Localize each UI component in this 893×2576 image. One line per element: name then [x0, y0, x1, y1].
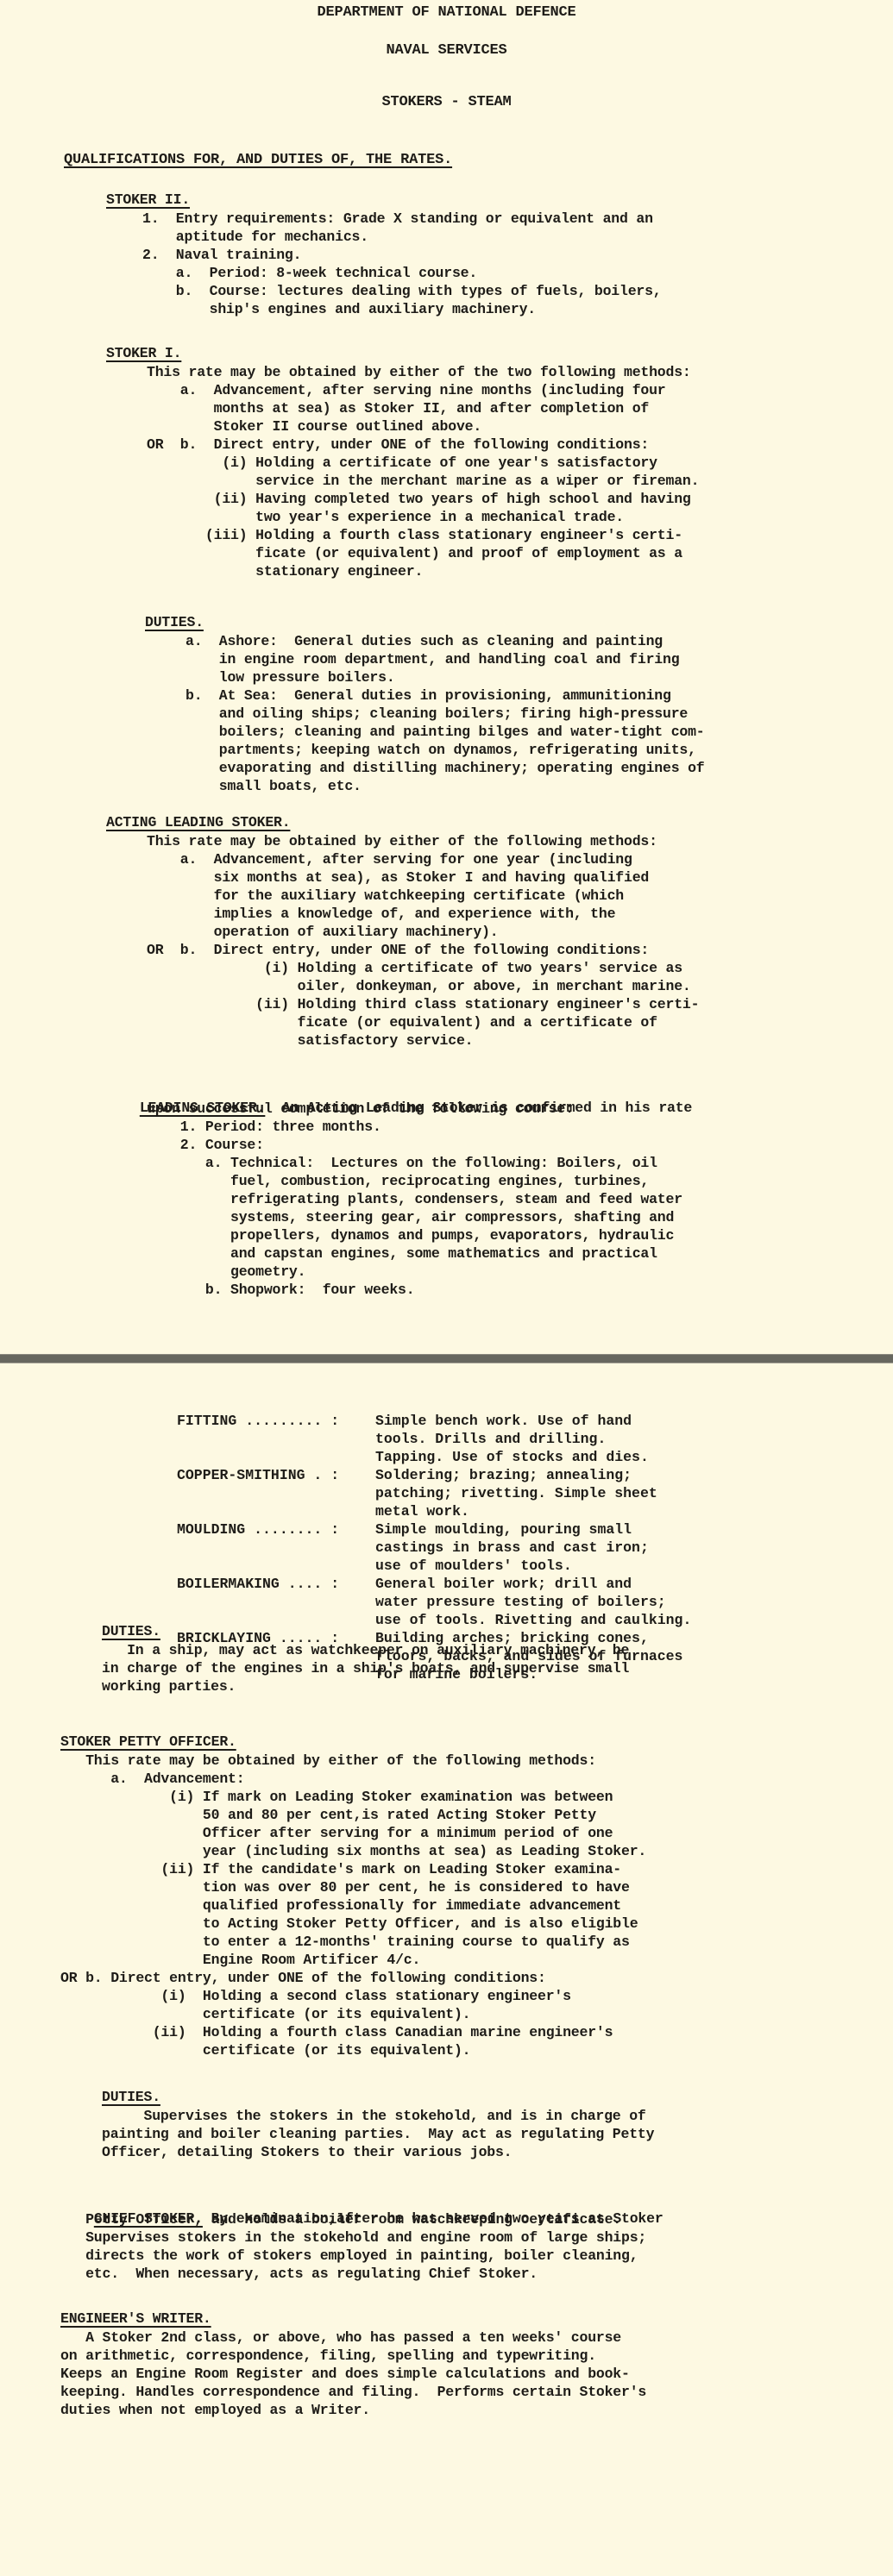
text-line: service in the merchant marine as a wipe…	[147, 472, 699, 490]
section-body-stoker-2: 1. Entry requirements: Grade X standing …	[142, 210, 662, 318]
text-line: operation of auxiliary machinery).	[147, 923, 699, 941]
text-line: months at sea) as Stoker II, and after c…	[147, 399, 699, 417]
shopwork-description: use of tools. Rivetting and caulking.	[375, 1611, 691, 1629]
text-line: on arithmetic, correspondence, filing, s…	[60, 2347, 646, 2365]
shopwork-label: FITTING ......... :	[177, 1412, 339, 1430]
shopwork-description: General boiler work; drill and	[375, 1575, 632, 1593]
page-separator	[0, 1354, 893, 1363]
text-line: 1. Period: three months.	[147, 1118, 682, 1136]
text-line: a. Technical: Lectures on the following:…	[147, 1154, 682, 1172]
text-line: (i) If mark on Leading Stoker examinatio…	[60, 1788, 646, 1806]
section-body-duties: a. Ashore: General duties such as cleani…	[186, 632, 705, 795]
text-line: a. Period: 8-week technical course.	[142, 264, 662, 282]
text-line: This rate may be obtained by either of t…	[147, 363, 699, 381]
shopwork-description: patching; rivetting. Simple sheet	[375, 1484, 657, 1502]
text-line: (i) Holding a certificate of one year's …	[147, 454, 699, 472]
text-line: Petty Officer, and holds a boiler room w…	[60, 2210, 646, 2228]
section-body-engineers-writer: A Stoker 2nd class, or above, who has pa…	[60, 2328, 646, 2419]
text-line: refrigerating plants, condensers, steam …	[147, 1190, 682, 1208]
text-line: This rate may be obtained by either of t…	[60, 1752, 646, 1770]
text-line: low pressure boilers.	[186, 668, 705, 686]
text-line: two year's experience in a mechanical tr…	[147, 508, 699, 526]
text-line: (i) Holding a second class stationary en…	[60, 1987, 646, 2005]
text-line: six months at sea), as Stoker I and havi…	[147, 868, 699, 887]
shopwork-label: MOULDING ........ :	[177, 1520, 339, 1539]
text-line: (i) Holding a certificate of two years' …	[147, 959, 699, 977]
text-line: implies a knowledge of, and experience w…	[147, 905, 699, 923]
text-line: working parties.	[102, 1677, 629, 1695]
text-line: satisfactory service.	[147, 1031, 699, 1050]
section-body-chief-stoker: Petty Officer, and holds a boiler room w…	[60, 2210, 646, 2283]
text-line: a. Advancement, after serving nine month…	[147, 381, 699, 399]
shopwork-description: Tapping. Use of stocks and dies.	[375, 1448, 649, 1466]
text-line: to enter a 12-months' training course to…	[60, 1933, 646, 1951]
text-line: Stoker II course outlined above.	[147, 417, 699, 436]
text-line: in charge of the engines in a ship's boa…	[102, 1659, 629, 1677]
text-line: Supervises the stokers in the stokehold,…	[102, 2107, 654, 2125]
text-line: OR b. Direct entry, under ONE of the fol…	[147, 941, 699, 959]
text-line: and capstan engines, some mathematics an…	[147, 1244, 682, 1263]
branch-heading: STOKERS - STEAM	[0, 93, 893, 111]
text-line: and oiling ships; cleaning boilers; firi…	[186, 705, 705, 723]
text-line: to Acting Stoker Petty Officer, and is a…	[60, 1915, 646, 1933]
text-line: b. Course: lectures dealing with types o…	[142, 282, 662, 300]
text-line: 50 and 80 per cent,is rated Acting Stoke…	[60, 1806, 646, 1824]
text-line: 1. Entry requirements: Grade X standing …	[142, 210, 662, 228]
text-line: for the auxiliary watchkeeping certifica…	[147, 887, 699, 905]
text-line: (iii) Holding a fourth class stationary …	[147, 526, 699, 544]
text-line: duties when not employed as a Writer.	[60, 2401, 646, 2419]
text-line: small boats, etc.	[186, 777, 705, 795]
text-line: Supervises stokers in the stokehold and …	[60, 2228, 646, 2247]
document-title: QUALIFICATIONS FOR, AND DUTIES OF, THE R…	[64, 151, 452, 169]
text-line: b. Shopwork: four weeks.	[147, 1281, 682, 1299]
text-line: b. At Sea: General duties in provisionin…	[186, 686, 705, 705]
section-title-stoker-1: STOKER I.	[106, 344, 181, 362]
service-heading: NAVAL SERVICES	[0, 41, 893, 60]
shopwork-label: COPPER-SMITHING . :	[177, 1466, 339, 1484]
text-line: a. Advancement, after serving for one ye…	[147, 850, 699, 868]
text-line: evaporating and distilling machinery; op…	[186, 759, 705, 777]
text-line: Engine Room Artificer 4/c.	[60, 1951, 646, 1969]
shopwork-description: castings in brass and cast iron;	[375, 1539, 649, 1557]
text-line: keeping. Handles correspondence and fili…	[60, 2383, 646, 2401]
text-line: fuel, combustion, reciprocating engines,…	[147, 1172, 682, 1190]
text-line: boilers; cleaning and painting bilges an…	[186, 723, 705, 741]
document-page-1: DEPARTMENT OF NATIONAL DEFENCE NAVAL SER…	[0, 0, 893, 1354]
section-body-stoker-petty-officer: This rate may be obtained by either of t…	[60, 1752, 646, 2059]
section-body-po-duties: Supervises the stokers in the stokehold,…	[102, 2107, 654, 2161]
text-line: certificate (or its equivalent).	[60, 2041, 646, 2059]
text-line: in engine room department, and handling …	[186, 650, 705, 668]
text-line: ship's engines and auxiliary machinery.	[142, 300, 662, 318]
text-line: tion was over 80 per cent, he is conside…	[60, 1878, 646, 1896]
section-body-stoker-1: This rate may be obtained by either of t…	[147, 363, 699, 580]
section-title-duties: DUTIES.	[145, 613, 204, 631]
section-body-leading-duties: In a ship, may act as watchkeeper on aux…	[102, 1641, 629, 1695]
text-line: ficate (or equivalent) and proof of empl…	[147, 544, 699, 562]
text-line: a. Ashore: General duties such as cleani…	[186, 632, 705, 650]
text-line: Officer after serving for a minimum peri…	[60, 1824, 646, 1842]
text-line: In a ship, may act as watchkeeper on aux…	[102, 1641, 629, 1659]
text-line: upon successful completion of the follow…	[147, 1100, 682, 1118]
text-line: year (including six months at sea) as Le…	[60, 1842, 646, 1860]
text-line: (ii) Holding a fourth class Canadian mar…	[60, 2023, 646, 2041]
text-line: systems, steering gear, air compressors,…	[147, 1208, 682, 1226]
section-title-engineers-writer: ENGINEER'S WRITER.	[60, 2310, 211, 2328]
text-line: 2. Course:	[147, 1136, 682, 1154]
text-line: Keeps an Engine Room Register and does s…	[60, 2365, 646, 2383]
text-line: ficate (or equivalent) and a certificate…	[147, 1013, 699, 1031]
text-line: painting and boiler cleaning parties. Ma…	[102, 2125, 654, 2143]
text-line: (ii) Holding third class stationary engi…	[147, 995, 699, 1013]
text-line: This rate may be obtained by either of t…	[147, 832, 699, 850]
text-line: etc. When necessary, acts as regulating …	[60, 2265, 646, 2283]
text-line: Officer, detailing Stokers to their vari…	[102, 2143, 654, 2161]
text-line: partments; keeping watch on dynamos, ref…	[186, 741, 705, 759]
text-line: directs the work of stokers employed in …	[60, 2247, 646, 2265]
text-line: stationary engineer.	[147, 562, 699, 580]
shopwork-description: metal work.	[375, 1502, 469, 1520]
section-title-stoker-2: STOKER II.	[106, 191, 190, 209]
document-page-2: FITTING ......... :Simple bench work. Us…	[0, 1363, 893, 2576]
section-title-acting-leading-stoker: ACTING LEADING STOKER.	[106, 813, 290, 831]
shopwork-description: Soldering; brazing; annealing;	[375, 1466, 632, 1484]
text-line: propellers, dynamos and pumps, evaporato…	[147, 1226, 682, 1244]
text-line: (ii) Having completed two years of high …	[147, 490, 699, 508]
section-body-acting-leading-stoker: This rate may be obtained by either of t…	[147, 832, 699, 1050]
section-body-leading-stoker: upon successful completion of the follow…	[147, 1100, 682, 1299]
text-line: OR b. Direct entry, under ONE of the fol…	[60, 1969, 646, 1987]
text-line: oiler, donkeyman, or above, in merchant …	[147, 977, 699, 995]
shopwork-description: use of moulders' tools.	[375, 1557, 572, 1575]
text-line: A Stoker 2nd class, or above, who has pa…	[60, 2328, 646, 2347]
section-title-stoker-petty-officer: STOKER PETTY OFFICER.	[60, 1733, 236, 1751]
text-line: qualified professionally for immediate a…	[60, 1896, 646, 1915]
shopwork-description: tools. Drills and drilling.	[375, 1430, 606, 1448]
shopwork-description: Simple bench work. Use of hand	[375, 1412, 632, 1430]
shopwork-description: Simple moulding, pouring small	[375, 1520, 632, 1539]
text-line: OR b. Direct entry, under ONE of the fol…	[147, 436, 699, 454]
text-line: (ii) If the candidate's mark on Leading …	[60, 1860, 646, 1878]
text-line: geometry.	[147, 1263, 682, 1281]
text-line: certificate (or its equivalent).	[60, 2005, 646, 2023]
text-line: 2. Naval training.	[142, 246, 662, 264]
text-line: a. Advancement:	[60, 1770, 646, 1788]
text-line: aptitude for mechanics.	[142, 228, 662, 246]
department-heading: DEPARTMENT OF NATIONAL DEFENCE	[0, 3, 893, 22]
section-title-po-duties: DUTIES.	[102, 2088, 160, 2106]
shopwork-description: water pressure testing of boilers;	[375, 1593, 666, 1611]
section-title-leading-duties: DUTIES.	[102, 1622, 160, 1640]
shopwork-label: BOILERMAKING .... :	[177, 1575, 339, 1593]
